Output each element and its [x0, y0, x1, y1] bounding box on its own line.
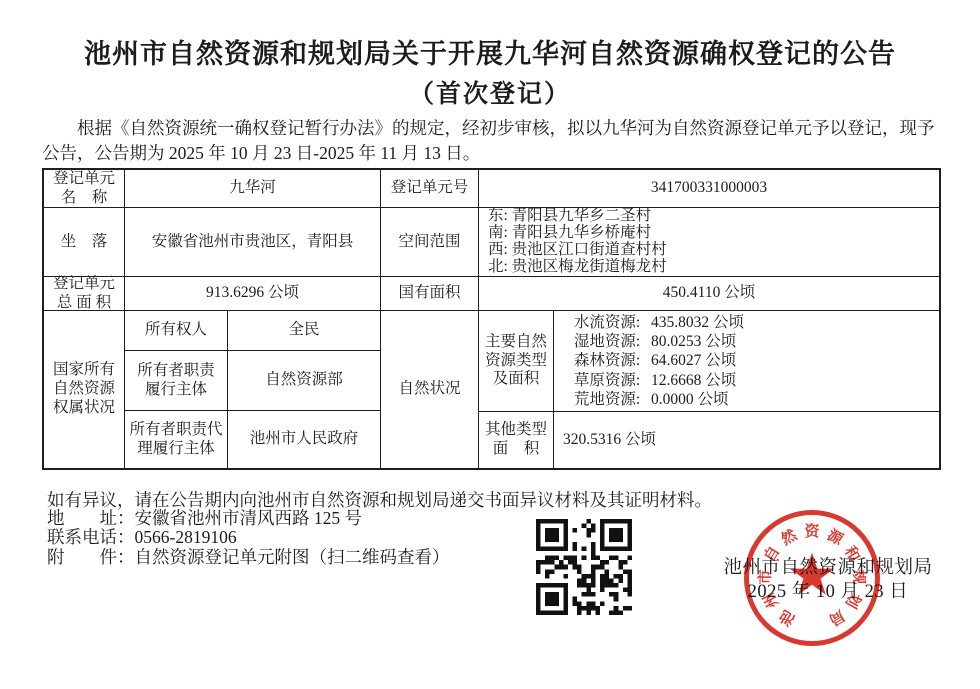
main-resources-row: 主要自然 资源类型 及面积 水流资源: 435.8032 公顷 湿地资源: 80… [479, 311, 939, 412]
owner-row: 所有权人 全民 [125, 311, 380, 351]
qr-code-image [536, 519, 632, 615]
spatial-range-value: 东: 青阳县九华乡二圣村 南: 青阳县九华乡桥庵村 西: 贵池区江口街道查村村 … [479, 208, 939, 276]
spatial-south: 南: 青阳县九华乡桥庵村 [488, 225, 651, 242]
spatial-range-label: 空间范围 [381, 208, 479, 276]
state-area-value: 450.4110 公顷 [479, 277, 939, 310]
unit-name-value: 九华河 [125, 170, 381, 207]
owner-agent-label: 所有者职责代 理履行主体 [125, 411, 228, 468]
resource-value: 12.6668 公顷 [651, 371, 736, 390]
table-row-total-area: 登记单元 总 面 积 913.6296 公顷 国有面积 450.4110 公顷 [44, 277, 939, 311]
resource-item: 荒地资源: 0.0000 公顷 [563, 390, 729, 409]
owner-duty-label: 所有者职责 履行主体 [125, 351, 228, 410]
resource-value: 0.0000 公顷 [651, 390, 729, 409]
phone-value: 0566-2819106 [135, 528, 237, 547]
spatial-north: 北: 贵池区梅龙街道梅龙村 [488, 259, 667, 276]
page-subtitle: （首次登记） [0, 74, 980, 110]
address-value: 安徽省池州市清风西路 125 号 [135, 509, 363, 528]
official-seal: 池州市自然资源和规划局 ★ [744, 510, 880, 646]
resource-name: 湿地资源: [563, 332, 651, 351]
owner-label: 所有权人 [125, 311, 228, 350]
location-label: 坐 落 [44, 208, 125, 276]
attachment-label: 附 件： [47, 548, 135, 567]
other-type-value: 320.5316 公顷 [554, 412, 939, 468]
owner-value: 全民 [228, 311, 380, 350]
title-block: 池州市自然资源和规划局关于开展九华河自然资源确权登记的公告 （首次登记） [0, 32, 980, 110]
seal-char: 规 [852, 568, 870, 586]
star-icon: ★ [786, 547, 838, 605]
other-type-row: 其他类型 面 积 320.5316 公顷 [479, 412, 939, 468]
resource-item: 湿地资源: 80.0253 公顷 [563, 332, 736, 351]
owner-duty-value: 自然资源部 [228, 351, 380, 410]
owner-agent-value: 池州市人民政府 [228, 411, 380, 468]
main-resources-values: 水流资源: 435.8032 公顷 湿地资源: 80.0253 公顷 森林资源:… [554, 311, 939, 411]
table-row-ownership: 国家所有 自然资源 权属状况 所有权人 全民 所有者职责 履行主体 自然资源部 … [44, 311, 939, 468]
total-area-value: 913.6296 公顷 [125, 277, 381, 310]
resource-item: 水流资源: 435.8032 公顷 [563, 313, 744, 332]
natural-status-label: 自然状况 [381, 311, 479, 468]
attachment-value: 自然资源登记单元附图（扫二维码查看） [135, 548, 450, 567]
unit-name-label: 登记单元 名 称 [44, 170, 125, 207]
location-value: 安徽省池州市贵池区，青阳县 [125, 208, 381, 276]
spatial-west: 西: 贵池区江口街道查村村 [488, 242, 667, 259]
main-resources-label: 主要自然 资源类型 及面积 [479, 311, 554, 411]
spatial-east: 东: 青阳县九华乡二圣村 [488, 208, 651, 225]
ownership-subtable: 所有权人 全民 所有者职责 履行主体 自然资源部 所有者职责代 理履行主体 池州… [125, 311, 381, 468]
attachment-row: 附 件： 自然资源登记单元附图（扫二维码查看） [47, 548, 450, 567]
seal-char: 市 [754, 568, 772, 586]
resource-value: 64.6027 公顷 [651, 351, 736, 370]
table-row-unit-name: 登记单元 名 称 九华河 登记单元号 341700331000003 [44, 170, 939, 208]
resource-name: 荒地资源: [563, 390, 651, 409]
contact-block: 地 址： 安徽省池州市清风西路 125 号 联系电话： 0566-2819106… [47, 509, 450, 567]
phone-row: 联系电话： 0566-2819106 [47, 528, 450, 547]
table-row-location: 坐 落 安徽省池州市贵池区，青阳县 空间范围 东: 青阳县九华乡二圣村 南: 青… [44, 208, 939, 277]
owner-duty-row: 所有者职责 履行主体 自然资源部 [125, 351, 380, 411]
unit-number-label: 登记单元号 [381, 170, 479, 207]
resource-name: 森林资源: [563, 351, 651, 370]
resource-item: 森林资源: 64.6027 公顷 [563, 351, 736, 370]
unit-number-value: 341700331000003 [479, 170, 939, 207]
registration-table: 登记单元 名 称 九华河 登记单元号 341700331000003 坐 落 安… [42, 168, 941, 470]
resource-value: 435.8032 公顷 [651, 313, 744, 332]
natural-status-subtable: 主要自然 资源类型 及面积 水流资源: 435.8032 公顷 湿地资源: 80… [479, 311, 939, 468]
phone-label: 联系电话： [47, 528, 135, 547]
total-area-label: 登记单元 总 面 积 [44, 277, 125, 310]
seal-char: 资 [803, 520, 821, 538]
page-title: 池州市自然资源和规划局关于开展九华河自然资源确权登记的公告 [0, 32, 980, 71]
address-row: 地 址： 安徽省池州市清风西路 125 号 [47, 509, 450, 528]
resource-item: 草原资源: 12.6668 公顷 [563, 371, 736, 390]
state-area-label: 国有面积 [381, 277, 479, 310]
ownership-label: 国家所有 自然资源 权属状况 [44, 311, 125, 468]
owner-agent-row: 所有者职责代 理履行主体 池州市人民政府 [125, 411, 380, 468]
address-label: 地 址： [47, 509, 135, 528]
resource-name: 草原资源: [563, 371, 651, 390]
resource-value: 80.0253 公顷 [651, 332, 736, 351]
other-type-label: 其他类型 面 积 [479, 412, 554, 468]
resource-name: 水流资源: [563, 313, 651, 332]
announcement-page: { "page": { "title_line1": "池州市自然资源和规划局关… [0, 0, 980, 689]
intro-paragraph: 根据《自然资源统一确权登记暂行办法》的规定，经初步审核，拟以九华河为自然资源登记… [42, 116, 941, 166]
